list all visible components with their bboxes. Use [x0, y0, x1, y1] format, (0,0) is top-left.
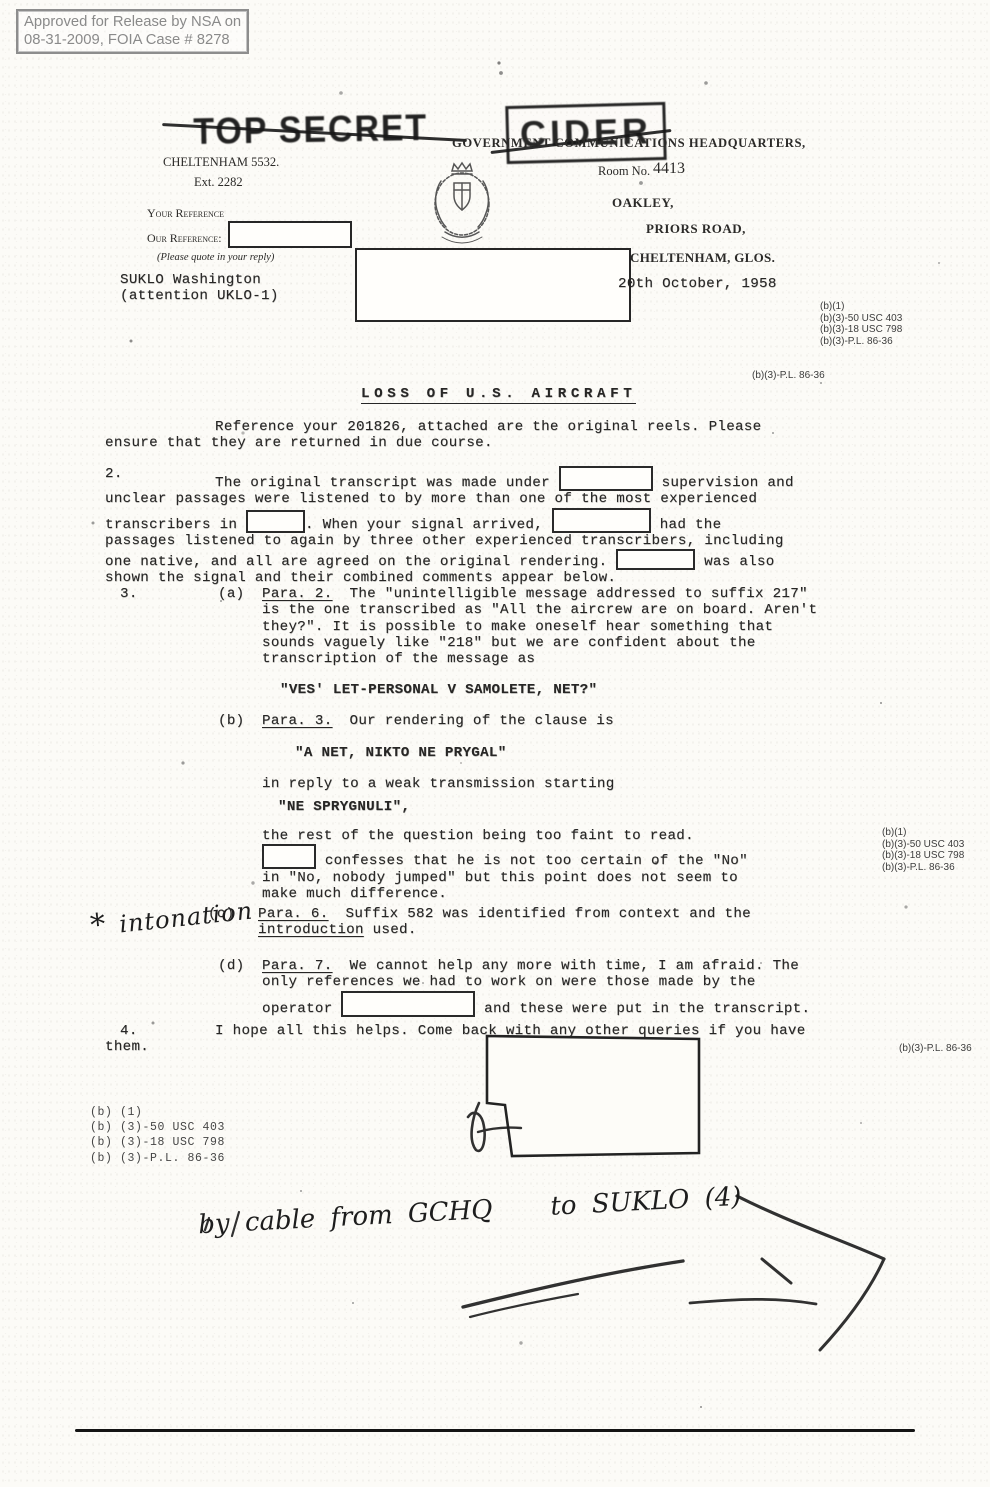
- foia-code: (b) (1): [90, 1105, 225, 1120]
- foia-code: (b)(3)-P.L. 86-36: [820, 336, 902, 348]
- margin-note-text: intonation: [118, 897, 254, 939]
- foia-code: (b)(1): [820, 301, 902, 313]
- item-c-text2: used.: [373, 922, 417, 938]
- item-a-quote: "VES' LET-PERSONAL V SAMOLETE, NET?": [280, 682, 597, 698]
- item-b-text3b: confesses that he is not too certain of …: [262, 853, 748, 902]
- recipient-line2: (attention UKLO-1): [120, 288, 279, 304]
- release-stamp-line1: Approved for Release by NSA on: [24, 14, 241, 32]
- pen-stroke: [463, 1261, 683, 1307]
- exchange-number: CHELTENHAM 5532.: [163, 155, 279, 170]
- your-reference-label: Your Reference: [147, 206, 224, 221]
- room-number: 4413: [653, 160, 685, 178]
- handwritten-margin-note: *intonation: [89, 892, 255, 944]
- foia-code: (b)(3)-P.L. 86-36: [882, 862, 964, 874]
- redaction-box: [552, 508, 651, 533]
- item-b-text3: the rest of the question being too faint…: [262, 828, 754, 902]
- paragraph-2-text: . When your signal arrived,: [305, 517, 543, 533]
- signature-flourish: [468, 1103, 485, 1151]
- redaction-box: [355, 248, 631, 322]
- redaction-box: [559, 466, 653, 491]
- item-d-word: operator: [262, 1001, 333, 1017]
- paragraph-4: I hope all this helps. Come back with an…: [105, 1023, 810, 1056]
- foia-code: (b)(1): [882, 827, 964, 839]
- item-c: Para. 6.Suffix 582 was identified from c…: [258, 906, 768, 939]
- address-priors-road: PRIORS ROAD,: [646, 221, 746, 237]
- item-b-quote1: "A NET, NIKTO NE PRYGAL": [295, 745, 507, 761]
- item-b-heading: Para. 3.: [262, 713, 333, 729]
- foia-code-single-top: (b)(3)-P.L. 86-36: [752, 370, 825, 382]
- item-d-text2: and these were put in the transcript.: [484, 1001, 810, 1017]
- our-reference-label: Our Reference:: [147, 231, 222, 246]
- item-d-label: (d): [218, 958, 244, 974]
- foia-code: (b) (3)-50 USC 403: [90, 1120, 225, 1135]
- release-stamp: Approved for Release by NSA on 08-31-200…: [16, 9, 249, 54]
- scan-noise: [0, 0, 2, 2]
- item-b-text2: in reply to a weak transmission starting: [262, 776, 615, 792]
- org-name: GOVERNMENT COMMUNICATIONS HEADQUARTERS,: [452, 136, 806, 151]
- foia-code-single-bottom: (b)(3)-P.L. 86-36: [899, 1043, 972, 1055]
- document-title: LOSS OF U.S. AIRCRAFT: [361, 386, 636, 404]
- item-c-heading: Para. 6.: [258, 906, 329, 922]
- recipient-line1: SUKLO Washington: [120, 272, 261, 288]
- redaction-box: [341, 991, 475, 1017]
- foia-codes-middle: (b)(1) (b)(3)-50 USC 403 (b)(3)-18 USC 7…: [882, 827, 964, 873]
- asterisk-mark: *: [89, 907, 108, 943]
- paragraph-1: Reference your 201826, attached are the …: [105, 419, 795, 452]
- paragraph-3-number: 3.: [120, 586, 138, 602]
- handwritten-routing-note: by cable from GCHQto SUKLO (4): [198, 1182, 743, 1240]
- foia-code: (b) (3)-18 USC 798: [90, 1135, 225, 1150]
- item-b-text3a: the rest of the question being too faint…: [262, 828, 694, 844]
- foia-code: (b)(3)-18 USC 798: [882, 850, 964, 862]
- item-d: Para. 7.We cannot help any more with tim…: [262, 958, 827, 1017]
- redaction-box: [228, 221, 352, 248]
- item-c-word: introduction: [258, 922, 364, 938]
- royal-coat-of-arms-icon: [421, 158, 503, 244]
- redaction-box: [246, 510, 305, 533]
- redaction-box: [616, 549, 695, 570]
- redaction-box: [262, 844, 316, 869]
- address-cheltenham: CHELTENHAM, GLOS.: [630, 250, 775, 266]
- item-b: Para. 3.Our rendering of the clause is: [262, 713, 802, 729]
- foia-code: (b)(3)-18 USC 798: [820, 324, 902, 336]
- item-a-text: The "unintelligible message addressed to…: [262, 586, 817, 667]
- item-b-text1: Our rendering of the clause is: [350, 713, 614, 729]
- item-b-label: (b): [218, 713, 244, 729]
- extension-number: Ext. 2282: [194, 175, 243, 190]
- pen-stroke: [762, 1259, 791, 1283]
- pen-stroke: [820, 1259, 884, 1350]
- item-a-label: (a): [218, 586, 244, 602]
- routing-note-part2: to SUKLO (4): [550, 1182, 743, 1222]
- item-b-quote2: "NE SPRYGNULI",: [278, 799, 410, 815]
- item-a: Para. 2.The "unintelligible message addr…: [262, 586, 827, 667]
- paragraph-2: The original transcript was made under s…: [105, 466, 795, 587]
- item-d-heading: Para. 7.: [262, 958, 333, 974]
- release-stamp-line2: 08-31-2009, FOIA Case # 8278: [24, 32, 241, 50]
- pen-stroke: [470, 1294, 578, 1317]
- item-c-text1: Suffix 582 was identified from context a…: [346, 906, 751, 922]
- bottom-rule: [75, 1429, 915, 1432]
- foia-codes-bottom-left: (b) (1) (b) (3)-50 USC 403 (b) (3)-18 US…: [90, 1105, 225, 1166]
- room-label: Room No.: [598, 164, 650, 179]
- foia-code: (b)(3)-50 USC 403: [820, 313, 902, 325]
- foia-codes-top: (b)(1) (b)(3)-50 USC 403 (b)(3)-18 USC 7…: [820, 301, 902, 347]
- quote-in-reply-note: (Please quote in your reply): [157, 252, 274, 263]
- paragraph-2-text: The original transcript was made under: [215, 475, 550, 491]
- foia-code: (b) (3)-P.L. 86-36: [90, 1151, 225, 1166]
- item-d-text1: We cannot help any more with time, I am …: [262, 958, 799, 990]
- pen-stroke: [690, 1299, 816, 1304]
- routing-note-part1: by cable from GCHQ: [198, 1195, 494, 1240]
- item-a-heading: Para. 2.: [262, 586, 333, 602]
- signature-flourish: [478, 1128, 521, 1132]
- address-oakley: OAKLEY,: [612, 195, 674, 211]
- foia-code: (b)(3)-50 USC 403: [882, 839, 964, 851]
- letter-date: 20th October, 1958: [618, 276, 777, 292]
- document-page: Approved for Release by NSA on 08-31-200…: [0, 0, 990, 1487]
- pen-stroke: [737, 1196, 884, 1259]
